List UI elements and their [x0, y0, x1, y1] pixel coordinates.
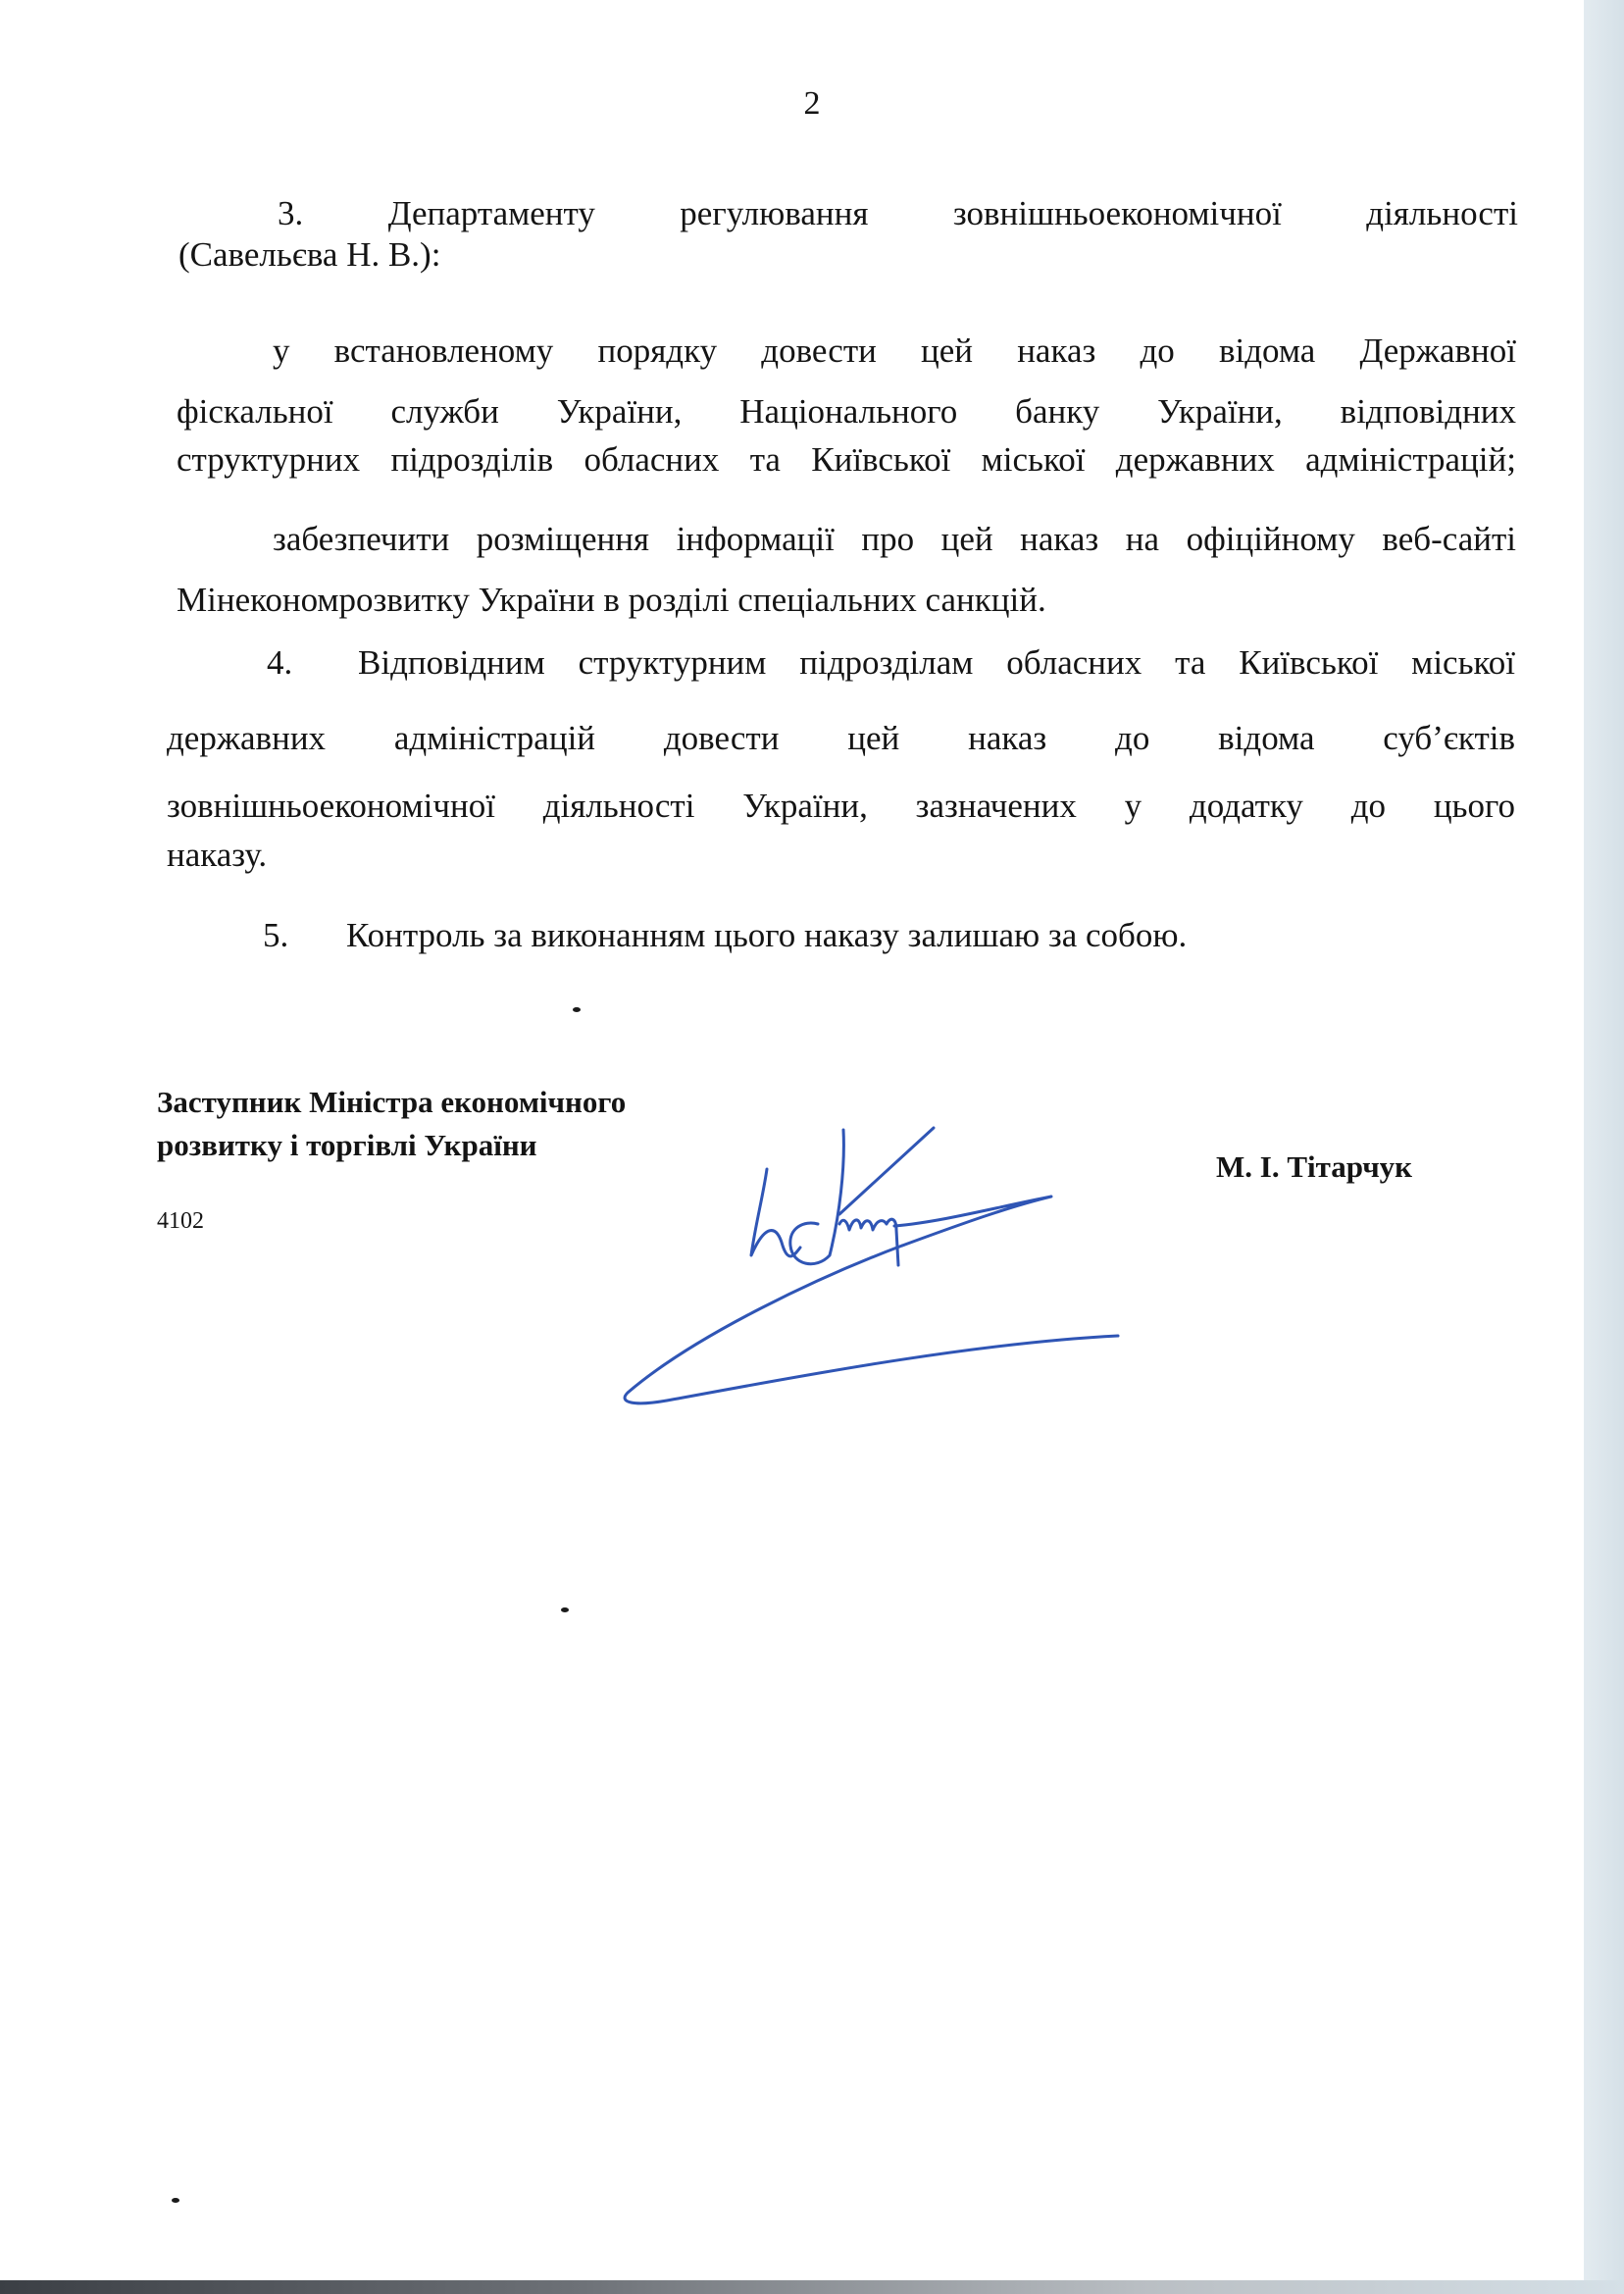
paragraph-4-line-4: наказу.	[167, 834, 267, 877]
paragraph-3-line-1: 3. Департаменту регулювання зовнішньоеко…	[278, 192, 1518, 235]
paragraph-4-line-2: державних адміністрацій довести цей нака…	[167, 717, 1515, 760]
paragraph-3b-line-2: Мінекономрозвитку України в розділі спец…	[177, 579, 1046, 622]
handwritten-signature-icon	[608, 1108, 1157, 1422]
document-code: 4102	[157, 1206, 204, 1236]
scan-speck	[561, 1607, 569, 1612]
paragraph-4-line-3: зовнішньоекономічної діяльності України,…	[167, 785, 1515, 828]
page-number: 2	[0, 84, 1624, 124]
paragraph-4-line-1: Відповідним структурним підрозділам обла…	[358, 641, 1515, 685]
document-page: 2 3. Департаменту регулювання зовнішньое…	[0, 0, 1584, 2280]
paragraph-5-number: 5.	[263, 914, 288, 957]
scan-speck	[172, 2198, 179, 2203]
paragraph-3-line-2: (Савельєва Н. В.):	[178, 233, 440, 277]
signer-position-line-2: розвитку і торгівлі України	[157, 1126, 537, 1165]
signer-name: М. І. Тітарчук	[1216, 1147, 1412, 1187]
paragraph-4-number: 4.	[267, 641, 292, 685]
paragraph-3a-line-1: у встановленому порядку довести цей нака…	[273, 330, 1516, 373]
scanner-edge-right	[1584, 0, 1624, 2294]
scan-speck	[573, 1007, 581, 1012]
paragraph-3a-line-3: структурних підрозділів обласних та Київ…	[177, 438, 1516, 482]
paragraph-5-text: Контроль за виконанням цього наказу зали…	[346, 914, 1187, 957]
scanner-edge-bottom	[0, 2280, 1624, 2294]
paragraph-3a-line-2: фіскальної служби України, Національного…	[177, 390, 1516, 433]
signer-position-line-1: Заступник Міністра економічного	[157, 1083, 626, 1122]
paragraph-3b-line-1: забезпечити розміщення інформації про це…	[273, 518, 1516, 561]
